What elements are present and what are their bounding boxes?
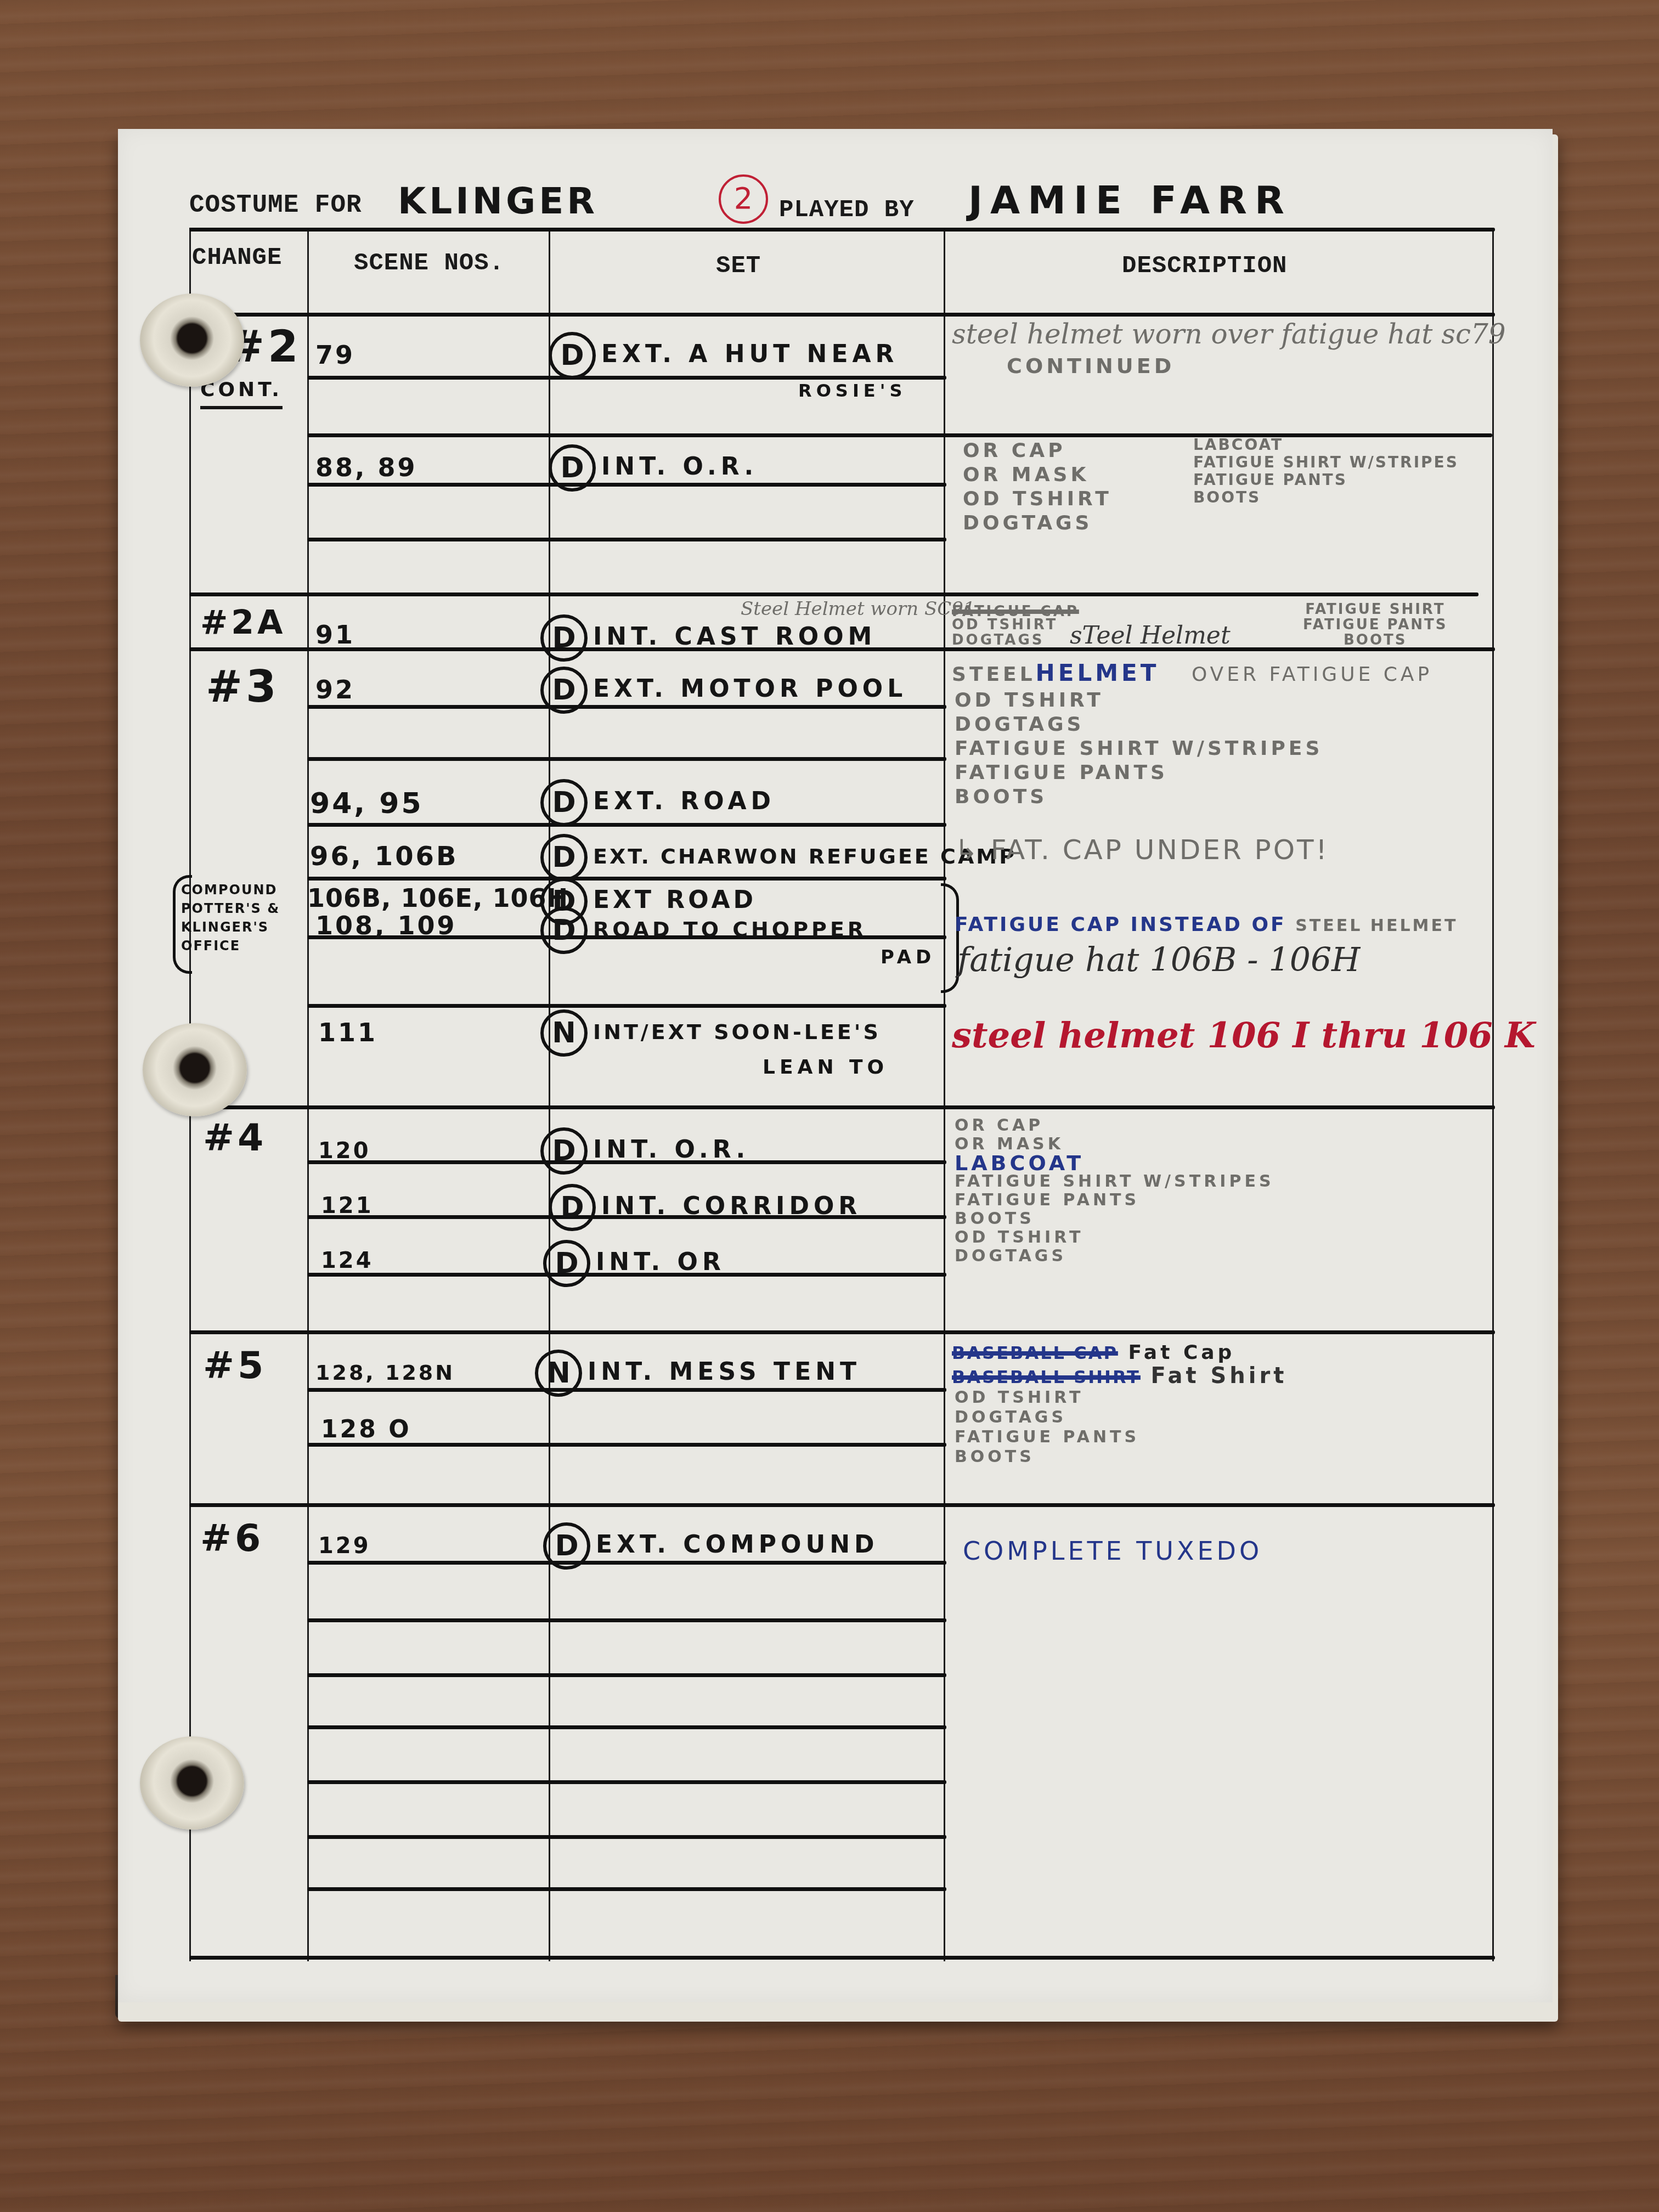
table-bottom-rule: [189, 1956, 1495, 1960]
column-header-change: CHANGE: [192, 244, 282, 272]
description-item: BOOTS: [955, 1210, 1274, 1228]
column-header-set: SET: [716, 252, 761, 280]
set-name-line2: PAD: [881, 946, 935, 968]
row-rule: [307, 1887, 946, 1891]
description-items: OR CAP OR MASK LABCOAT FATIGUE SHIRT W/S…: [955, 1116, 1274, 1266]
day-night-marker: D: [540, 1127, 588, 1175]
description-item: FATIGUE SHIRT W/STRIPES: [955, 1172, 1274, 1191]
header-bottom-rule: [189, 313, 1495, 317]
description-item: OD TSHIRT: [955, 1228, 1274, 1247]
description-item: FATIGUE SHIRT W/STRIPES: [955, 737, 1323, 761]
scene-number: 124: [321, 1248, 374, 1273]
day-night-marker: D: [540, 907, 588, 954]
costume-for-label: COSTUME FOR: [189, 191, 362, 219]
change-label: #3: [206, 661, 280, 712]
row-rule: [307, 1780, 946, 1784]
description-item: LABCOAT: [1193, 436, 1459, 454]
set-entry: DINT. CAST ROOM: [540, 614, 876, 662]
row-rule: [307, 538, 946, 541]
description-item: OD TSHIRT: [963, 487, 1112, 511]
day-night-marker: N: [535, 1350, 582, 1397]
binder-grommet: [140, 1736, 244, 1830]
description-item: FATIGUE PANTS: [955, 761, 1323, 785]
description-items: OD TSHIRT DOGTAGS FATIGUE SHIRT W/STRIPE…: [955, 689, 1323, 809]
sheet-header: COSTUME FOR KLINGER 2 PLAYED BY JAMIE FA…: [189, 181, 1489, 225]
change-label: #6: [200, 1517, 264, 1560]
played-by-label: PLAYED BY: [779, 196, 915, 224]
set-name: EXT. ROAD: [593, 787, 775, 815]
change-label: #4: [203, 1116, 267, 1160]
description-item: DOGTAGS: [955, 1408, 1139, 1427]
description-script-note: fatigue hat 106B - 106H: [957, 941, 1360, 979]
description-item: FATIGUE PANTS: [1193, 471, 1459, 489]
set-name: INT. CORRIDOR: [601, 1192, 861, 1220]
description-item: FATIGUE SHIRT W/STRIPES: [1193, 454, 1459, 471]
set-name-line2: LEAN TO: [763, 1056, 888, 1079]
description-item: OD TSHIRT: [955, 689, 1323, 713]
day-night-marker: N: [540, 1009, 588, 1057]
description-item: DOGTAGS: [963, 511, 1112, 535]
change-rule: [189, 1503, 1495, 1507]
description-items-left: OD TSHIRT DOGTAGS: [952, 617, 1058, 648]
arrow-note-text: FAT. CAP UNDER POT!: [991, 834, 1329, 866]
set-name: EXT. MOTOR POOL: [593, 675, 907, 703]
row-rule: [307, 1443, 946, 1447]
set-entry: NINT. MESS TENT: [535, 1350, 861, 1397]
description-items-right: FATIGUE SHIRT FATIGUE PANTS BOOTS: [1303, 602, 1448, 648]
column-header-scene-nos: SCENE NOS.: [354, 250, 504, 277]
description-items-right: LABCOAT FATIGUE SHIRT W/STRIPES FATIGUE …: [1193, 436, 1459, 506]
row-rule: [307, 1835, 946, 1839]
set-entry: DEXT. CHARWON REFUGEE CAMP: [540, 834, 1017, 881]
row-rule: [307, 1725, 946, 1729]
scene-number: 96, 106B: [310, 841, 459, 872]
actor-name: JAMIE FARR: [968, 178, 1292, 223]
description-item-blue: COMPLETE TUXEDO: [963, 1536, 1262, 1566]
day-night-marker: D: [540, 834, 588, 881]
set-entry: DEXT. ROAD: [540, 779, 775, 826]
scene-number: 106B, 106E, 106H: [307, 883, 568, 913]
struck-description-item: BASEBALL SHIRT: [952, 1367, 1141, 1387]
description-item: DOGTAGS: [955, 1247, 1274, 1266]
set-name: INT. MESS TENT: [588, 1358, 861, 1386]
scene-number: 128, 128N: [315, 1361, 455, 1385]
day-night-marker: D: [540, 614, 588, 662]
set-name: ROAD TO CHOPPER: [593, 917, 867, 941]
set-name: INT. O.R.: [593, 1136, 749, 1164]
set-name: INT. OR: [596, 1248, 725, 1276]
description-text: STEEL: [952, 663, 1036, 686]
day-night-marker: D: [543, 1240, 590, 1287]
arrow-note: ↳ FAT. CAP UNDER POT!: [955, 834, 1329, 866]
character-name: KLINGER: [398, 180, 598, 222]
set-entry: DINT. CORRIDOR: [549, 1184, 861, 1231]
day-night-marker: D: [549, 332, 596, 379]
day-night-marker: D: [549, 1184, 596, 1231]
red-ink-note: steel helmet 106 I thru 106 K: [952, 1015, 1536, 1056]
struck-description-item: BASEBALL CAP: [952, 1342, 1118, 1363]
costume-table: CHANGE SCENE NOS. SET DESCRIPTION #2 CON…: [189, 228, 1495, 1961]
set-entry: DEXT. A HUT NEAR: [549, 332, 898, 379]
description-text-blue: HELMET: [1036, 659, 1160, 686]
set-name: EXT. A HUT NEAR: [601, 340, 898, 368]
description-item: OD TSHIRT: [952, 617, 1058, 633]
change-rule: [189, 1105, 1495, 1109]
replacement-item: Fat Shirt: [1150, 1363, 1287, 1389]
arrow-icon: ↳: [955, 834, 991, 866]
description-items: OD TSHIRT DOGTAGS FATIGUE PANTS BOOTS: [955, 1388, 1139, 1467]
column-divider: [1492, 228, 1494, 1961]
description-item: DOGTAGS: [955, 713, 1323, 737]
description-item-blue: LABCOAT: [955, 1154, 1274, 1172]
description-item: BOOTS: [955, 1447, 1139, 1467]
day-night-marker: D: [540, 779, 588, 826]
description-helmet-line: STEELHELMET OVER FATIGUE CAP: [952, 661, 1432, 687]
column-header-description: DESCRIPTION: [1122, 252, 1287, 280]
description-item: OD TSHIRT: [955, 1388, 1139, 1408]
description-item: BOOTS: [1303, 633, 1448, 648]
blue-note: FATIGUE CAP INSTEAD OF STEEL HELMET: [955, 913, 1458, 936]
change-rule: [189, 592, 1479, 596]
change-label: #2A: [200, 603, 286, 642]
row-rule: [307, 1673, 946, 1677]
binder-grommet: [140, 294, 244, 387]
set-name: INT. O.R.: [601, 453, 758, 481]
replacement-item: Fat Cap: [1128, 1341, 1235, 1364]
set-name-line2: ROSIE'S: [798, 380, 907, 401]
scene-number: 121: [321, 1193, 374, 1218]
row-rule: [307, 1618, 946, 1622]
column-divider: [944, 228, 945, 1961]
description-items-left: OR CAP OR MASK OD TSHIRT DOGTAGS: [963, 439, 1112, 535]
set-name: INT/EXT SOON-LEE'S: [593, 1020, 881, 1044]
description-item: DOGTAGS: [952, 633, 1058, 648]
scene-number: 120: [318, 1138, 371, 1164]
description-item: FATIGUE PANTS: [955, 1191, 1274, 1210]
column-divider: [307, 228, 309, 1961]
scene-number: 91: [315, 620, 355, 650]
sheet-number-badge: 2: [719, 174, 768, 224]
set-entry: DEXT. MOTOR POOL: [540, 667, 907, 714]
binder-grommet: [143, 1023, 247, 1116]
day-night-marker: D: [543, 1522, 590, 1570]
set-entry: DINT. O.R.: [540, 1127, 749, 1175]
day-night-marker: D: [540, 667, 588, 714]
set-name: EXT. COMPOUND: [596, 1531, 879, 1559]
change-rule: [189, 1330, 1495, 1334]
description-item: OR CAP: [963, 439, 1112, 463]
margin-note: COMPOUND POTTER'S & KLINGER'S OFFICE: [181, 881, 307, 955]
set-entry: DROAD TO CHOPPER: [540, 907, 867, 954]
set-entry: NINT/EXT SOON-LEE'S: [540, 1009, 881, 1057]
set-name: EXT. CHARWON REFUGEE CAMP: [593, 844, 1017, 868]
description-item: BOOTS: [1193, 489, 1459, 506]
description-items: BASEBALL CAP Fat Cap BASEBALL SHIRT Fat …: [952, 1341, 1287, 1389]
description-item: FATIGUE PANTS: [955, 1427, 1139, 1447]
description-item: OR MASK: [963, 463, 1112, 487]
blue-note-text: FATIGUE CAP INSTEAD OF: [955, 913, 1286, 936]
set-entry: DINT. O.R.: [549, 444, 758, 492]
scene-number: 128 O: [321, 1415, 411, 1443]
scene-number: 92: [315, 675, 355, 704]
set-name: INT. CAST ROOM: [593, 623, 876, 651]
description-item: FATIGUE SHIRT: [1303, 602, 1448, 617]
description-bracket: [941, 883, 959, 993]
pencil-note-text: STEEL HELMET: [1295, 916, 1458, 935]
scene-number: 79: [315, 340, 355, 370]
description-continued: CONTINUED: [1007, 354, 1175, 378]
scene-number: 94, 95: [310, 787, 424, 820]
scene-number: 129: [318, 1533, 371, 1559]
day-night-marker: D: [549, 444, 596, 492]
change-label: #5: [203, 1344, 267, 1387]
description-item: BOOTS: [955, 785, 1323, 809]
row-rule: [307, 1004, 946, 1008]
table-top-rule: [189, 228, 1495, 232]
scene-number: 111: [318, 1018, 377, 1047]
description-item: FATIGUE PANTS: [1303, 617, 1448, 633]
description-script-note: sTeel Helmet: [1070, 622, 1231, 650]
scene-number: 88, 89: [315, 453, 417, 482]
description-script-note: steel helmet worn over fatigue hat sc79: [952, 318, 1506, 350]
row-rule: [307, 757, 946, 761]
description-item: OR CAP: [955, 1116, 1274, 1135]
set-entry: DINT. OR: [543, 1240, 725, 1287]
scene-number: 108, 109: [315, 911, 457, 940]
description-text: OVER FATIGUE CAP: [1192, 663, 1432, 686]
set-entry: DEXT. COMPOUND: [543, 1522, 879, 1570]
